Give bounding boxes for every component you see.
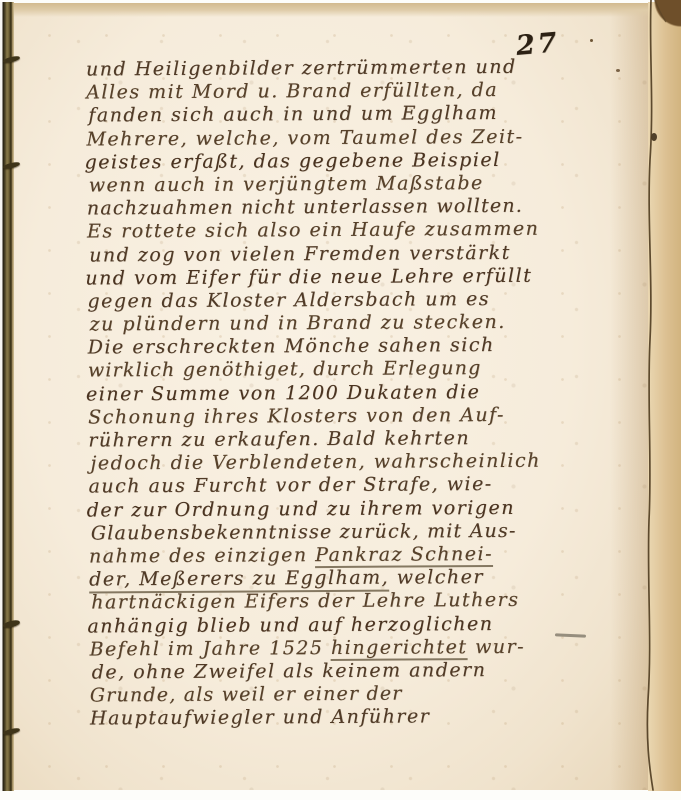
underlined-handwriting: hingerichtet	[331, 636, 468, 661]
handwriting-segment: Schonung ihres Klosters von den Auf-	[88, 404, 505, 429]
handwriting-segment: nachzuahmen nicht unterlassen wollten.	[87, 195, 523, 220]
manuscript-line: wirklich genöthiget, durch Erlegung	[88, 357, 568, 383]
manuscript-line: hartnäckigen Eifers der Lehre Luthers	[91, 589, 569, 615]
foxing-spot	[651, 133, 657, 141]
manuscript-line: und zog von vielen Fremden verstärkt	[89, 241, 567, 267]
handwriting-segment: geistes erfaßt, das gegebene Beispiel	[85, 149, 501, 174]
ink-speck	[590, 39, 593, 42]
manuscript-line: Alles mit Mord u. Brand erfüllten, da	[86, 79, 566, 105]
manuscript-line: zu plündern und in Brand zu stecken.	[90, 311, 568, 337]
manuscript-line: nachzuahmen nicht unterlassen wollten.	[87, 195, 567, 221]
handwriting-segment: welcher	[389, 566, 484, 589]
underlined-handwriting: Pankraz Schnei-	[315, 543, 493, 569]
handwriting-segment: zu plündern und in Brand zu stecken.	[90, 311, 506, 336]
manuscript-paper: 27 und Heiligenbilder zertrümmerten undA…	[14, 3, 648, 790]
book-binding-edge	[0, 2, 14, 791]
handwriting-segment: wenn auch in verjüngtem Maßstabe	[89, 172, 484, 196]
handwriting-segment: anhängig blieb und auf herzoglichen	[87, 612, 493, 636]
handwriting-segment: gegen das Kloster Aldersbach um es	[87, 288, 490, 312]
manuscript-line: jedoch die Verblendeten, wahrscheinlich	[90, 450, 568, 476]
handwriting-segment: Es rottete sich also ein Haufe zusammen	[87, 218, 540, 243]
handwriting-segment: und vom Eifer für die neue Lehre erfüllt	[85, 264, 532, 289]
handwriting-segment: jedoch die Verblendeten, wahrscheinlich	[90, 450, 541, 475]
top-right-corner-shadow	[649, 0, 681, 30]
handwriting-segment: einer Summe von 1200 Dukaten die	[86, 381, 480, 405]
manuscript-line: und vom Eifer für die neue Lehre erfüllt	[85, 264, 567, 290]
handwriting-segment: Die erschreckten Mönche sahen sich	[88, 334, 495, 358]
manuscript-line: de, ohne Zweifel als keinem andern	[92, 658, 570, 684]
manuscript-line: der, Meßerers zu Egglham, welcher	[89, 566, 569, 592]
manuscript-line: wenn auch in verjüngtem Maßstabe	[89, 171, 567, 197]
handwriting-segment: Mehrere, welche, vom Taumel des Zeit-	[86, 125, 523, 150]
handwriting-segment: fanden sich auch in und um Egglham	[88, 102, 498, 127]
manuscript-line: Die erschreckten Mönche sahen sich	[88, 334, 568, 360]
manuscript-line: Schonung ihres Klosters von den Auf-	[88, 403, 568, 429]
handwriting-segment: auch aus Furcht vor der Strafe, wie-	[89, 473, 493, 497]
handwriting-segment: und zog von vielen Fremden verstärkt	[89, 241, 511, 266]
handwriting-segment: rührern zu erkaufen. Bald kehrten	[88, 427, 470, 451]
handwriting-segment: Alles mit Mord u. Brand erfüllten, da	[86, 79, 498, 104]
foxing-spot	[616, 69, 620, 72]
manuscript-line: rührern zu erkaufen. Bald kehrten	[88, 427, 568, 453]
scanned-manuscript-page: 27 und Heiligenbilder zertrümmerten undA…	[0, 0, 681, 800]
handwriting-segment: Grunde, als weil er einer der	[90, 683, 403, 707]
manuscript-line: Mehrere, welche, vom Taumel des Zeit-	[86, 125, 566, 151]
handwriting-segment: Glaubensbekenntnisse zurück, mit Aus-	[91, 520, 517, 545]
manuscript-line: anhängig blieb und auf herzoglichen	[87, 612, 569, 638]
manuscript-line: und Heiligenbilder zertrümmerten und	[86, 56, 566, 82]
handwriting-segment: wur-	[467, 635, 525, 657]
handwriting-segment: der zur Ordnung und zu ihrem vorigen	[87, 496, 515, 521]
handwriting-segment: wirklich genöthiget, durch Erlegung	[88, 357, 482, 381]
underlined-handwriting: der, Meßerers zu Egglham,	[89, 567, 389, 593]
manuscript-line: einer Summe von 1200 Dukaten die	[86, 380, 568, 406]
handwriting-segment: nahme des einzigen	[89, 544, 315, 567]
handwriting-segment: hartnäckigen Eifers der Lehre Luthers	[91, 589, 519, 614]
manuscript-line: nahme des einzigen Pankraz Schnei-	[89, 542, 569, 568]
handwriting-segment: und Heiligenbilder zertrümmerten und	[86, 56, 517, 81]
manuscript-line: geistes erfaßt, das gegebene Beispiel	[85, 148, 567, 174]
manuscript-line: fanden sich auch in und um Egglham	[88, 102, 566, 128]
manuscript-line: Es rottete sich also ein Haufe zusammen	[87, 218, 567, 244]
manuscript-line: Glaubensbekenntnisse zurück, mit Aus-	[91, 519, 569, 545]
manuscript-lines: und Heiligenbilder zertrümmerten undAlle…	[86, 56, 570, 731]
manuscript-line: Grunde, als weil er einer der	[90, 682, 570, 708]
handwriting-segment: Befehl im Jahre 1525	[89, 637, 331, 660]
manuscript-line: der zur Ordnung und zu ihrem vorigen	[87, 496, 569, 522]
handwriting-segment: Hauptaufwiegler und Anführer	[90, 706, 430, 730]
manuscript-line: auch aus Furcht vor der Strafe, wie-	[89, 473, 569, 499]
manuscript-line: Hauptaufwiegler und Anführer	[90, 705, 570, 731]
page-stack-edge	[648, 2, 681, 791]
manuscript-line: gegen das Kloster Aldersbach um es	[87, 287, 567, 313]
manuscript-line: Befehl im Jahre 1525 hingerichtet wur-	[89, 635, 569, 661]
handwriting-segment: de, ohne Zweifel als keinem andern	[92, 659, 487, 683]
